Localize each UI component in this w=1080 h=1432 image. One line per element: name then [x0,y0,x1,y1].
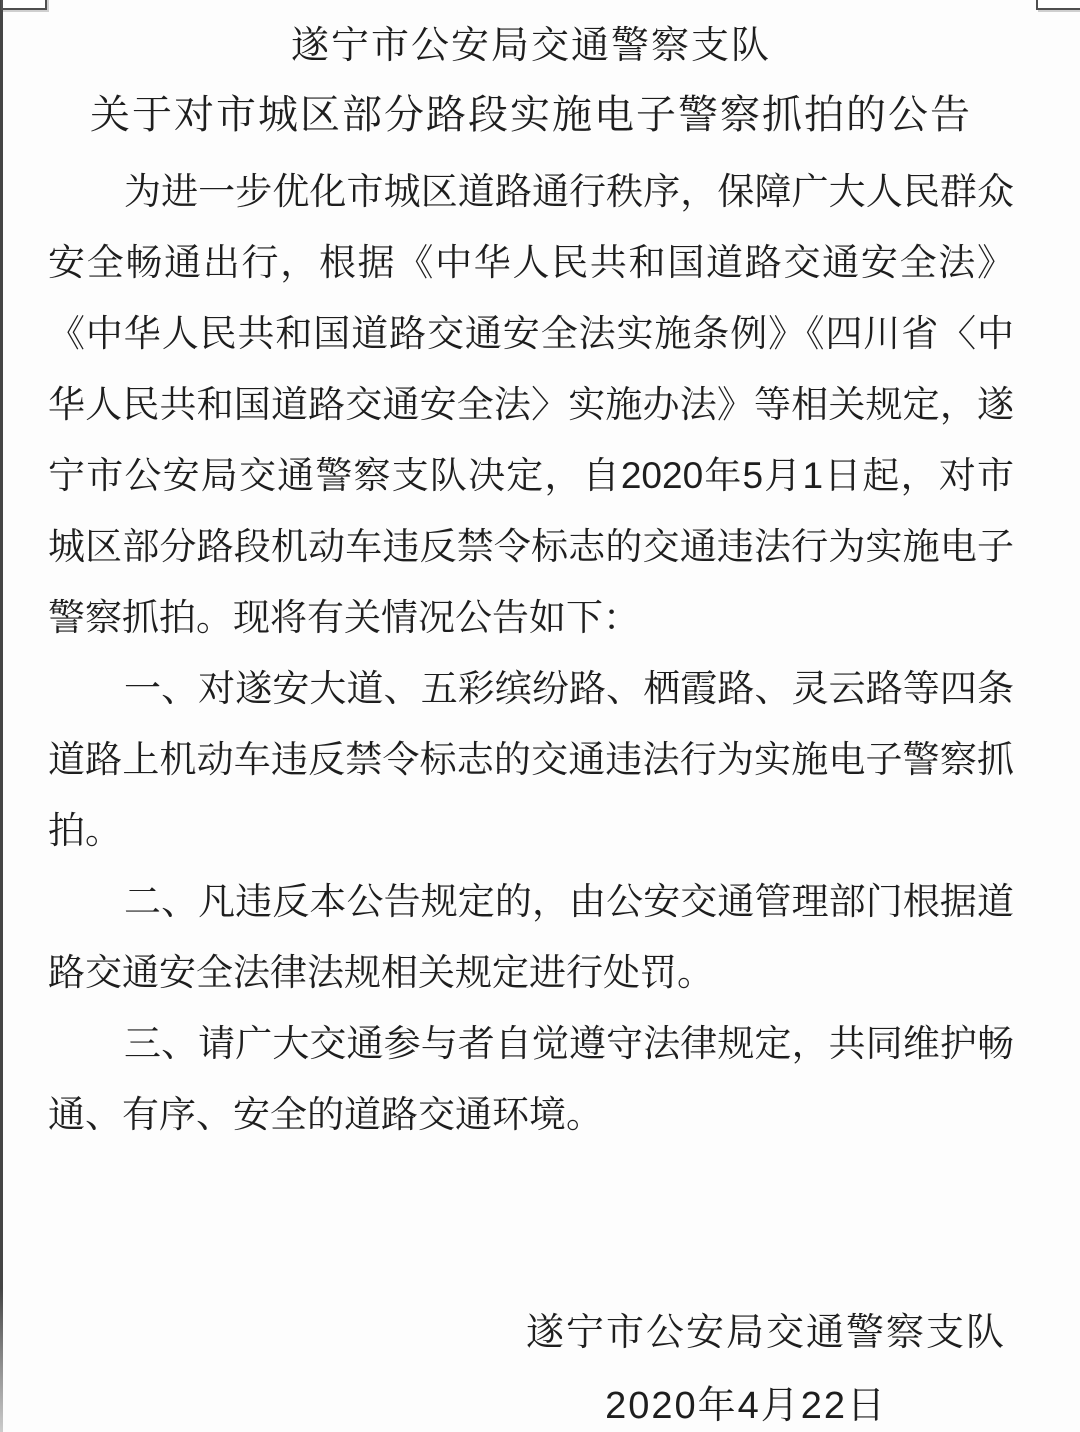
body-line: 宁市公安局交通警察支队决定，自2020年5月1日起，对市 [48,440,1014,511]
body-line: 安全畅通出行，根据《中华人民共和国道路交通安全法》 [48,227,1014,298]
body-line: 路交通安全法律法规相关规定进行处罚。 [48,937,1014,1008]
body-line: 警察抓拍。现将有关情况公告如下： [48,582,1014,653]
body-line: 《中华人民共和国道路交通安全法实施条例》《四川省〈中 [48,298,1014,369]
signature-line: 遂宁市公安局交通警察支队 [48,1311,1014,1355]
body-line: 二、凡违反本公告规定的，由公安交通管理部门根据道 [48,866,1014,937]
body-line: 通、有序、安全的道路交通环境。 [48,1079,1014,1150]
document-subtitle: 关于对市城区部分路段实施电子警察抓拍的公告 [48,90,1014,140]
document-title: 遂宁市公安局交通警察支队 [48,22,1014,70]
body-line: 拍。 [48,795,1014,866]
date-line: 2020年4月22日 [48,1384,1014,1428]
body-line: 城区部分路段机动车违反禁令标志的交通违法行为实施电子 [48,511,1014,582]
top-right-box-fragment [1036,0,1080,10]
body-line: 为进一步优化市城区道路通行秩序，保障广大人民群众 [48,156,1014,227]
announcement-page: 遂宁市公安局交通警察支队 关于对市城区部分路段实施电子警察抓拍的公告 为进一步优… [0,0,1080,1432]
announcement-body: 为进一步优化市城区道路通行秩序，保障广大人民群众 安全畅通出行，根据《中华人民共… [48,156,1014,1150]
top-left-box-fragment [1,0,47,10]
body-line: 三、请广大交通参与者自觉遵守法律规定，共同维护畅 [48,1008,1014,1079]
body-line: 一、对遂安大道、五彩缤纷路、栖霞路、灵云路等四条 [48,653,1014,724]
body-line: 华人民共和国道路交通安全法〉实施办法》等相关规定，遂 [48,369,1014,440]
body-line: 道路上机动车违反禁令标志的交通违法行为实施电子警察抓 [48,724,1014,795]
left-edge-line [0,0,3,1432]
